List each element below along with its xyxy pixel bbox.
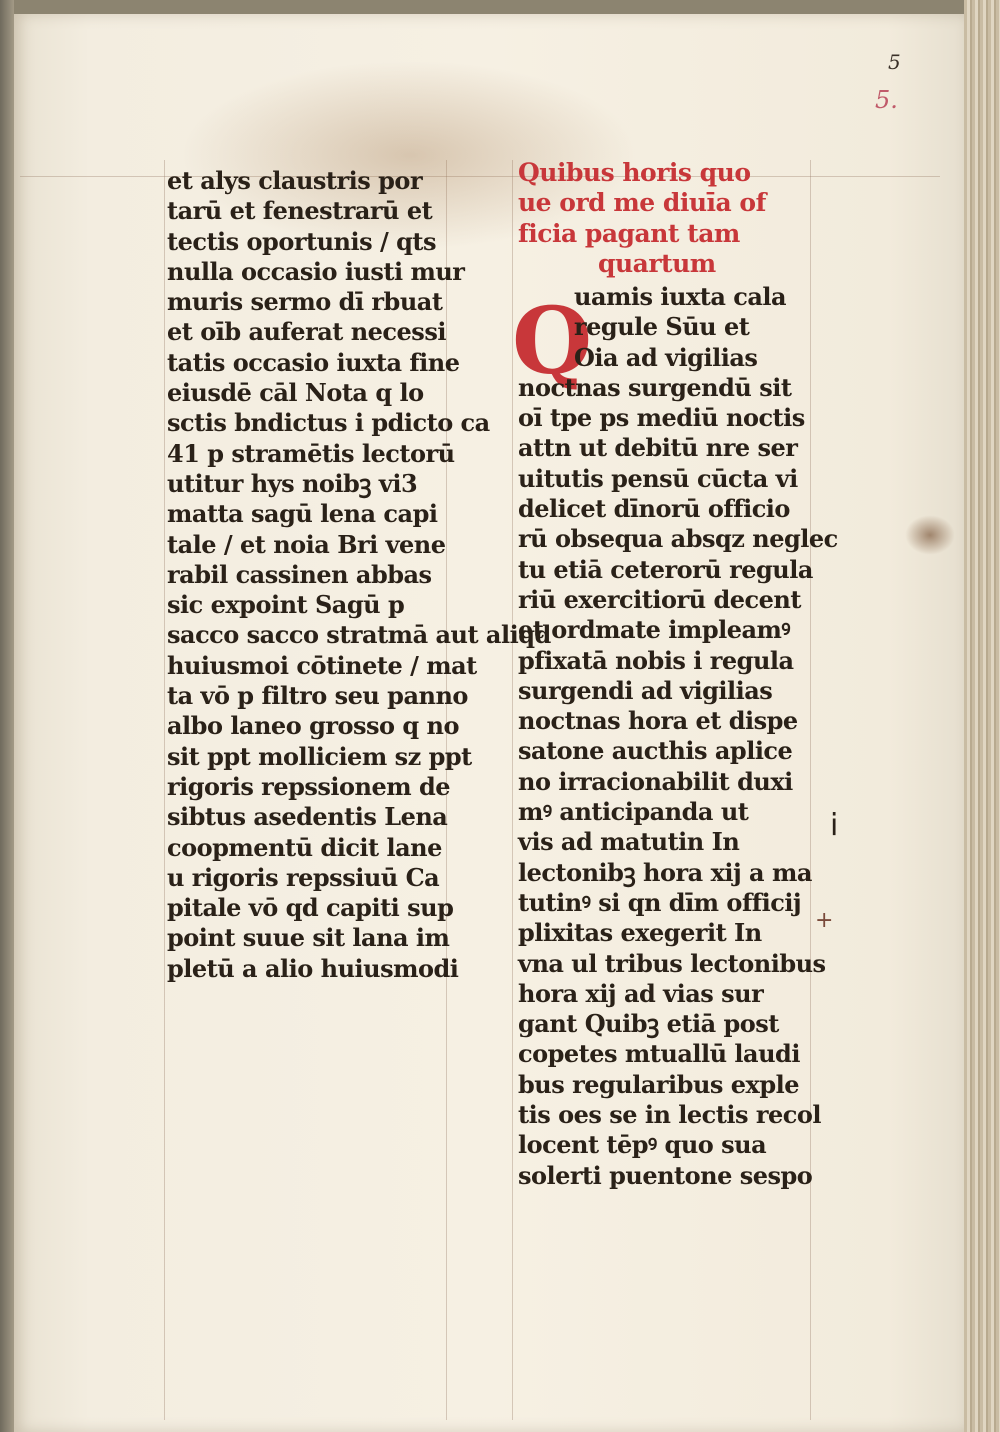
text-line: et oīb auferat necessi <box>167 317 551 347</box>
text-line: albo laneo grosso q no <box>167 711 551 741</box>
text-line: matta sagū lena capi <box>167 499 551 529</box>
text-line: rabil cassinen abbas <box>167 560 551 590</box>
text-line: ta vō p filtro seu panno <box>167 681 551 711</box>
text-line: tu etiā ceterorū regula <box>518 555 838 585</box>
text-line: sic expoint Sagū p <box>167 590 551 620</box>
text-line: sibtus asedentis Lena <box>167 802 551 832</box>
folio-number-red: 5. <box>875 86 898 114</box>
margin-mark-cross: + <box>815 908 833 933</box>
text-line: et ordmate impleamꝰ <box>518 615 838 645</box>
text-line: rigoris repssionem de <box>167 772 551 802</box>
text-line: gant Quibꝫ etiā post <box>518 1009 838 1039</box>
text-line: sacco sacco stratmā aut aliqd <box>167 620 551 650</box>
page-edges <box>964 0 1000 1432</box>
text-line: satone aucthis aplice <box>518 736 838 766</box>
text-line: solerti puentone sespo <box>518 1161 838 1191</box>
ink-blot <box>905 515 955 555</box>
text-line: hora xij ad vias sur <box>518 979 838 1009</box>
folio-number-ink: 5 <box>888 50 901 74</box>
text-line: noctnas hora et dispe <box>518 706 838 736</box>
text-line: vna ul tribus lectonibus <box>518 949 838 979</box>
text-line: quartum <box>518 249 766 279</box>
text-line: Oia ad vigilias <box>518 343 838 373</box>
text-line: et alys claustris por <box>167 166 551 196</box>
text-line: muris sermo dī rbuat <box>167 287 551 317</box>
text-line: rū obsequa absqz neglec <box>518 524 838 554</box>
text-line: ue ord me diuīa of <box>518 188 766 218</box>
text-line: regule Sūu et <box>518 312 838 342</box>
text-line: tis oes se in lectis recol <box>518 1100 838 1130</box>
text-line: noctnas surgendū sit <box>518 373 838 403</box>
margin-mark-i: i <box>830 808 838 843</box>
text-line: 41 p stramētis lectorū <box>167 439 551 469</box>
text-line: huiusmoi cōtinete / mat <box>167 651 551 681</box>
text-line: eiusdē cāl Nota q lo <box>167 378 551 408</box>
text-line: uamis iuxta cala <box>518 282 838 312</box>
text-line: bus regularibus exple <box>518 1070 838 1100</box>
text-line: nulla occasio iusti mur <box>167 257 551 287</box>
text-line: tale / et noia Bri vene <box>167 530 551 560</box>
text-line: sctis bndictus i pdicto ca <box>167 408 551 438</box>
text-line: uitutis pensū cūcta vi <box>518 464 838 494</box>
text-line: delicet dīnorū officio <box>518 494 838 524</box>
text-line: riū exercitiorū decent <box>518 585 838 615</box>
book-top-edge <box>0 0 1000 14</box>
text-line: no irracionabilit duxi <box>518 767 838 797</box>
text-line: surgendi ad vigilias <box>518 676 838 706</box>
text-line: sit ppt molliciem sz ppt <box>167 742 551 772</box>
text-line: ficia pagant tam <box>518 219 766 249</box>
ruling-left-col-left <box>164 160 165 1420</box>
text-line: locent tēpꝰ quo sua <box>518 1130 838 1160</box>
text-line: attn ut debitū nre ser <box>518 433 838 463</box>
text-line: Quibus horis quo <box>518 158 766 188</box>
right-column-rubric: Quibus horis quoue ord me diuīa officia … <box>518 158 766 279</box>
text-line: coopmentū dicit lane <box>167 833 551 863</box>
text-line: u rigoris repssiuū Ca <box>167 863 551 893</box>
text-line: copetes mtuallū laudi <box>518 1039 838 1069</box>
text-line: oī tpe ps mediū noctis <box>518 403 838 433</box>
left-column: et alys claustris portarū et fenestrarū … <box>167 166 551 984</box>
text-line: mꝰ anticipanda ut <box>518 797 838 827</box>
text-line: vis ad matutin In <box>518 827 838 857</box>
text-line: tectis oportunis / qts <box>167 227 551 257</box>
text-line: pfixatā nobis i regula <box>518 646 838 676</box>
text-line: pitale vō qd capiti sup <box>167 893 551 923</box>
right-column: uamis iuxta calaregule Sūu etOia ad vigi… <box>518 282 838 1191</box>
text-line: utitur hys noibꝫ vi3 <box>167 469 551 499</box>
text-line: tutinꝰ si qn dīm officij <box>518 888 838 918</box>
text-line: tatis occasio iuxta fine <box>167 348 551 378</box>
text-line: tarū et fenestrarū et <box>167 196 551 226</box>
text-line: point suue sit lana im <box>167 923 551 953</box>
text-line: pletū a alio huiusmodi <box>167 954 551 984</box>
text-line: plixitas exegerit In <box>518 918 838 948</box>
text-line: lectonibꝫ hora xij a ma <box>518 858 838 888</box>
book-spine <box>0 0 14 1432</box>
